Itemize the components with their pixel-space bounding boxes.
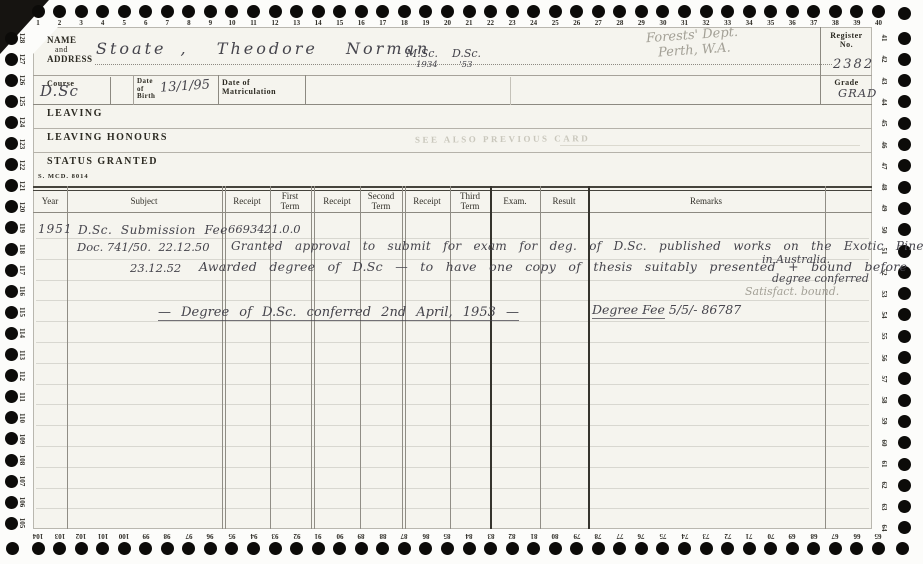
punch-hole xyxy=(506,542,519,555)
form-code: S. MCD. 8014 xyxy=(38,173,89,180)
border-number: 14 xyxy=(308,18,328,28)
col-header-result: Result xyxy=(544,190,584,212)
border-number: 27 xyxy=(588,18,608,28)
punch-hole xyxy=(355,542,368,555)
punch-hole xyxy=(139,5,152,18)
border-number: 47 xyxy=(879,156,889,176)
border-number: 103 xyxy=(50,531,70,541)
rule-line xyxy=(36,446,869,447)
border-number: 125 xyxy=(17,91,27,111)
see-also-previous-card-stamp: SEE ALSO PREVIOUS CARD xyxy=(415,133,590,145)
border-number: 96 xyxy=(200,531,220,541)
border-number: 107 xyxy=(17,471,27,491)
entry-award-note-continuation: degree conferred xyxy=(772,273,869,284)
border-number: 119 xyxy=(17,218,27,238)
border-number: 12 xyxy=(265,18,285,28)
border-number: 43 xyxy=(879,71,889,91)
col-header-receipt-3: Receipt xyxy=(407,190,447,212)
punch-hole xyxy=(786,542,799,555)
border-number: 7 xyxy=(157,18,177,28)
punch-hole xyxy=(204,5,217,18)
punch-hole xyxy=(53,5,66,18)
border-number: 39 xyxy=(847,18,867,28)
border-number: 25 xyxy=(545,18,565,28)
entry-degree-conferred: — Degree of D.Sc. conferred 2nd April, 1… xyxy=(158,306,519,321)
border-number: 29 xyxy=(631,18,651,28)
punch-hole xyxy=(247,542,260,555)
punch-hole xyxy=(6,542,19,555)
name-value: Stoate , Theodore Norman xyxy=(96,41,430,57)
border-number: 19 xyxy=(416,18,436,28)
punch-hole xyxy=(898,372,911,385)
punch-hole xyxy=(898,287,911,300)
punch-hole xyxy=(5,285,18,298)
border-number: 37 xyxy=(804,18,824,28)
punch-hole xyxy=(872,542,885,555)
border-number: 4 xyxy=(93,18,113,28)
column-line xyxy=(540,186,541,529)
border-number: 17 xyxy=(373,18,393,28)
border-number: 123 xyxy=(17,134,27,154)
punch-hole xyxy=(506,5,519,18)
border-number: 93 xyxy=(265,531,285,541)
punch-hole xyxy=(898,223,911,236)
border-number: 109 xyxy=(17,429,27,449)
punch-hole xyxy=(5,264,18,277)
border-number: 42 xyxy=(879,49,889,69)
border-number: 117 xyxy=(17,260,27,280)
punch-hole xyxy=(549,5,562,18)
border-number: 124 xyxy=(17,112,27,132)
punch-hole xyxy=(5,348,18,361)
punch-hole xyxy=(700,542,713,555)
column-line xyxy=(270,186,271,529)
entry-subject: D.Sc. Submission Fee xyxy=(78,224,228,236)
punch-hole xyxy=(700,5,713,18)
border-number: 49 xyxy=(879,198,889,218)
border-number: 73 xyxy=(696,531,716,541)
border-number: 71 xyxy=(739,531,759,541)
punch-hole xyxy=(5,137,18,150)
punch-hole xyxy=(635,542,648,555)
border-number: 113 xyxy=(17,345,27,365)
border-number: 26 xyxy=(567,18,587,28)
punch-hole xyxy=(5,475,18,488)
punch-hole xyxy=(5,158,18,171)
register-no-label: Register No. xyxy=(821,32,872,50)
border-number: 87 xyxy=(394,531,414,541)
rule-line xyxy=(33,128,872,129)
punch-hole xyxy=(182,542,195,555)
punch-hole xyxy=(463,5,476,18)
border-number: 86 xyxy=(416,531,436,541)
column-line xyxy=(588,186,590,529)
border-number: 75 xyxy=(653,531,673,541)
border-number: 9 xyxy=(200,18,220,28)
border-number: 50 xyxy=(879,220,889,240)
punch-hole xyxy=(5,390,18,403)
border-number: 28 xyxy=(610,18,630,28)
degree-fee-value: 5/5/- 86787 xyxy=(665,302,741,317)
border-number: 62 xyxy=(879,475,889,495)
address-label: ADDRESS xyxy=(47,55,93,65)
border-number: 35 xyxy=(761,18,781,28)
punch-hole xyxy=(5,74,18,87)
punch-hole xyxy=(5,411,18,424)
punch-hole xyxy=(247,5,260,18)
border-number: 97 xyxy=(179,531,199,541)
punch-hole xyxy=(118,542,131,555)
punch-hole xyxy=(850,5,863,18)
border-number: 92 xyxy=(287,531,307,541)
border-number: 90 xyxy=(330,531,350,541)
course-value: D.Sc xyxy=(40,84,79,99)
border-number: 77 xyxy=(610,531,630,541)
border-number: 104 xyxy=(28,531,48,541)
punch-hole xyxy=(376,542,389,555)
punch-hole xyxy=(312,542,325,555)
punch-hole xyxy=(441,5,454,18)
punch-hole xyxy=(96,542,109,555)
column-line xyxy=(405,186,406,529)
rule-line xyxy=(33,186,872,188)
punch-hole xyxy=(5,327,18,340)
column-line xyxy=(133,75,134,105)
punch-hole xyxy=(96,5,109,18)
punch-hole xyxy=(656,5,669,18)
column-line xyxy=(490,186,492,529)
rule-line xyxy=(33,75,872,76)
col-header-first-term: First Term xyxy=(270,190,310,212)
punch-hole xyxy=(872,5,885,18)
border-number: 3 xyxy=(71,18,91,28)
border-number: 118 xyxy=(17,239,27,259)
entry-fee-amount: 21.0.0 xyxy=(264,224,301,236)
rule-line xyxy=(36,467,869,468)
border-number: 127 xyxy=(17,49,27,69)
border-number: 82 xyxy=(502,531,522,541)
punch-hole xyxy=(549,542,562,555)
punch-hole xyxy=(419,5,432,18)
punch-hole xyxy=(898,330,911,343)
border-number: 70 xyxy=(761,531,781,541)
punch-hole xyxy=(5,496,18,509)
border-number: 45 xyxy=(879,113,889,133)
border-number: 1 xyxy=(28,18,48,28)
punch-hole xyxy=(398,5,411,18)
col-header-subject: Subject xyxy=(104,190,184,212)
column-line xyxy=(222,186,223,529)
col-header-remarks: Remarks xyxy=(666,190,746,212)
border-number: 61 xyxy=(879,454,889,474)
border-number: 38 xyxy=(825,18,845,28)
border-number: 88 xyxy=(373,531,393,541)
border-number: 46 xyxy=(879,135,889,155)
punch-hole xyxy=(592,542,605,555)
border-number: 57 xyxy=(879,369,889,389)
punch-hole xyxy=(333,542,346,555)
punch-hole xyxy=(896,542,909,555)
entry-approval-note: Granted approval to submit for exam for … xyxy=(231,240,923,252)
border-number: 128 xyxy=(17,28,27,48)
punch-hole xyxy=(5,179,18,192)
register-no-value: 2382 xyxy=(833,58,874,71)
border-number: 79 xyxy=(567,531,587,541)
punch-hole xyxy=(898,521,911,534)
border-number: 102 xyxy=(71,531,91,541)
date-of-matriculation-label: Date of Matriculation xyxy=(222,79,276,97)
punch-hole xyxy=(32,5,45,18)
punch-hole xyxy=(5,95,18,108)
border-number: 105 xyxy=(17,513,27,533)
border-number: 60 xyxy=(879,433,889,453)
border-number: 69 xyxy=(782,531,802,541)
date-of-birth-value: 13/1/95 xyxy=(160,78,211,94)
punch-hole xyxy=(139,542,152,555)
border-number: 64 xyxy=(879,518,889,538)
border-number: 18 xyxy=(394,18,414,28)
border-number: 5 xyxy=(114,18,134,28)
punch-hole xyxy=(786,5,799,18)
border-number: 8 xyxy=(179,18,199,28)
punch-hole xyxy=(5,517,18,530)
punch-hole xyxy=(743,5,756,18)
border-number: 78 xyxy=(588,531,608,541)
col-header-second-term: Second Term xyxy=(361,190,401,212)
punch-hole xyxy=(898,415,911,428)
rule-line xyxy=(36,425,869,426)
punch-hole xyxy=(5,454,18,467)
punch-hole xyxy=(5,369,18,382)
punch-hole xyxy=(829,5,842,18)
leaving-honours-label: LEAVING HONOURS xyxy=(47,132,168,143)
column-line xyxy=(311,186,312,529)
border-number: 126 xyxy=(17,70,27,90)
punch-hole xyxy=(269,5,282,18)
border-number: 98 xyxy=(157,531,177,541)
punch-hole xyxy=(5,116,18,129)
border-number: 58 xyxy=(879,390,889,410)
punch-hole xyxy=(898,32,911,45)
column-line xyxy=(305,75,306,105)
punch-hole xyxy=(721,542,734,555)
name-degree-years: 1934 '53 xyxy=(416,61,472,70)
border-number: 20 xyxy=(437,18,457,28)
punch-hole xyxy=(398,542,411,555)
rule-line xyxy=(560,145,860,146)
degree-fee-label: Degree Fee xyxy=(592,302,665,319)
col-header-year: Year xyxy=(35,190,65,212)
punch-hole xyxy=(656,542,669,555)
border-number: 31 xyxy=(675,18,695,28)
border-number: 44 xyxy=(879,92,889,112)
rule-line xyxy=(36,363,869,364)
rule-line xyxy=(36,342,869,343)
border-number: 91 xyxy=(308,531,328,541)
border-number: 101 xyxy=(93,531,113,541)
rule-line xyxy=(33,152,872,153)
punch-hole xyxy=(5,221,18,234)
punch-hole xyxy=(290,542,303,555)
border-number: 10 xyxy=(222,18,242,28)
border-number: 55 xyxy=(879,326,889,346)
rule-line xyxy=(36,321,869,322)
border-number: 89 xyxy=(351,531,371,541)
punch-hole xyxy=(898,500,911,513)
punch-hole xyxy=(204,542,217,555)
border-number: 68 xyxy=(804,531,824,541)
border-number: 115 xyxy=(17,302,27,322)
punch-hole xyxy=(898,7,911,20)
rule-line xyxy=(33,212,872,213)
punch-hole xyxy=(678,542,691,555)
border-number: 59 xyxy=(879,411,889,431)
punch-hole xyxy=(721,5,734,18)
punch-hole xyxy=(225,542,238,555)
punch-hole xyxy=(53,542,66,555)
punch-hole xyxy=(807,542,820,555)
punch-hole xyxy=(333,5,346,18)
punch-hole xyxy=(898,181,911,194)
punch-hole xyxy=(463,542,476,555)
punch-hole xyxy=(898,479,911,492)
punch-hole xyxy=(764,542,777,555)
border-number: 54 xyxy=(879,305,889,325)
punch-hole xyxy=(527,542,540,555)
border-number: 67 xyxy=(825,531,845,541)
border-number: 95 xyxy=(222,531,242,541)
rule-line xyxy=(36,488,869,489)
punch-hole xyxy=(850,542,863,555)
border-number: 122 xyxy=(17,155,27,175)
punch-hole xyxy=(570,5,583,18)
punch-hole xyxy=(898,159,911,172)
column-line xyxy=(225,186,226,529)
record-card-scan: 1234567891011121314151617181920212223242… xyxy=(0,0,923,564)
border-number: 100 xyxy=(114,531,134,541)
column-line xyxy=(450,186,451,529)
border-number: 84 xyxy=(459,531,479,541)
rule-line xyxy=(36,404,869,405)
status-granted-label: STATUS GRANTED xyxy=(47,156,158,167)
punch-hole xyxy=(225,5,238,18)
punch-hole xyxy=(5,53,18,66)
punch-hole xyxy=(312,5,325,18)
column-line xyxy=(360,186,361,529)
punch-hole xyxy=(570,542,583,555)
punch-hole xyxy=(182,5,195,18)
punch-hole xyxy=(161,542,174,555)
border-number: 111 xyxy=(17,387,27,407)
punch-hole xyxy=(484,542,497,555)
punch-hole xyxy=(75,5,88,18)
border-number: 74 xyxy=(675,531,695,541)
punch-hole xyxy=(898,138,911,151)
entry-doc-reference: Doc. 741/50. 22.12.50 xyxy=(77,242,210,254)
rule-line xyxy=(36,508,869,509)
border-number: 83 xyxy=(481,531,501,541)
punch-hole xyxy=(898,351,911,364)
border-number: 81 xyxy=(524,531,544,541)
punch-hole xyxy=(419,542,432,555)
entry-receipt-no: 66934 xyxy=(228,224,265,236)
punch-hole xyxy=(5,243,18,256)
border-number: 16 xyxy=(351,18,371,28)
punch-hole xyxy=(898,74,911,87)
border-number: 66 xyxy=(847,531,867,541)
column-line xyxy=(218,75,219,105)
punch-hole xyxy=(441,542,454,555)
punch-hole xyxy=(613,542,626,555)
border-number: 41 xyxy=(879,28,889,48)
rule-line xyxy=(36,280,869,281)
border-number: 80 xyxy=(545,531,565,541)
entry-degree-fee: Degree Fee 5/5/- 86787 xyxy=(592,304,741,317)
rule-line xyxy=(36,300,869,301)
punch-hole xyxy=(5,432,18,445)
punch-hole xyxy=(5,200,18,213)
grade-value: GRAD xyxy=(838,88,877,100)
column-line xyxy=(110,77,111,105)
col-header-receipt-2: Receipt xyxy=(317,190,357,212)
punch-hole xyxy=(161,5,174,18)
punch-hole xyxy=(829,542,842,555)
border-number: 112 xyxy=(17,366,27,386)
border-number: 76 xyxy=(631,531,651,541)
punch-hole xyxy=(898,117,911,130)
punch-hole xyxy=(898,53,911,66)
date-of-birth-label: Date of Birth xyxy=(137,78,155,101)
border-number: 15 xyxy=(330,18,350,28)
border-number: 56 xyxy=(879,348,889,368)
border-number: 36 xyxy=(782,18,802,28)
col-header-third-term: Third Term xyxy=(450,190,490,212)
border-number: 11 xyxy=(244,18,264,28)
punch-hole xyxy=(898,458,911,471)
border-number: 121 xyxy=(17,176,27,196)
border-number: 2 xyxy=(50,18,70,28)
punch-hole xyxy=(5,32,18,45)
punch-hole xyxy=(592,5,605,18)
border-number: 120 xyxy=(17,197,27,217)
entry-award-date: 23.12.52 xyxy=(130,263,181,275)
punch-hole xyxy=(376,5,389,18)
border-number: 24 xyxy=(524,18,544,28)
border-number: 72 xyxy=(718,531,738,541)
name-degrees: M.Sc. D.Sc. xyxy=(406,48,481,59)
col-header-receipt-1: Receipt xyxy=(227,190,267,212)
border-number: 40 xyxy=(868,18,888,28)
border-number: 23 xyxy=(502,18,522,28)
punch-hole xyxy=(898,436,911,449)
border-number: 110 xyxy=(17,408,27,428)
punch-hole xyxy=(613,5,626,18)
punch-hole xyxy=(898,202,911,215)
record-card xyxy=(33,27,872,529)
punch-hole xyxy=(290,5,303,18)
border-number: 22 xyxy=(481,18,501,28)
punch-hole xyxy=(898,95,911,108)
border-number: 106 xyxy=(17,492,27,512)
column-line xyxy=(402,186,403,529)
rule-line xyxy=(33,104,872,105)
border-number: 13 xyxy=(287,18,307,28)
col-header-exam: Exam. xyxy=(495,190,535,212)
border-number: 48 xyxy=(879,177,889,197)
punch-hole xyxy=(118,5,131,18)
punch-hole xyxy=(743,542,756,555)
punch-hole xyxy=(484,5,497,18)
